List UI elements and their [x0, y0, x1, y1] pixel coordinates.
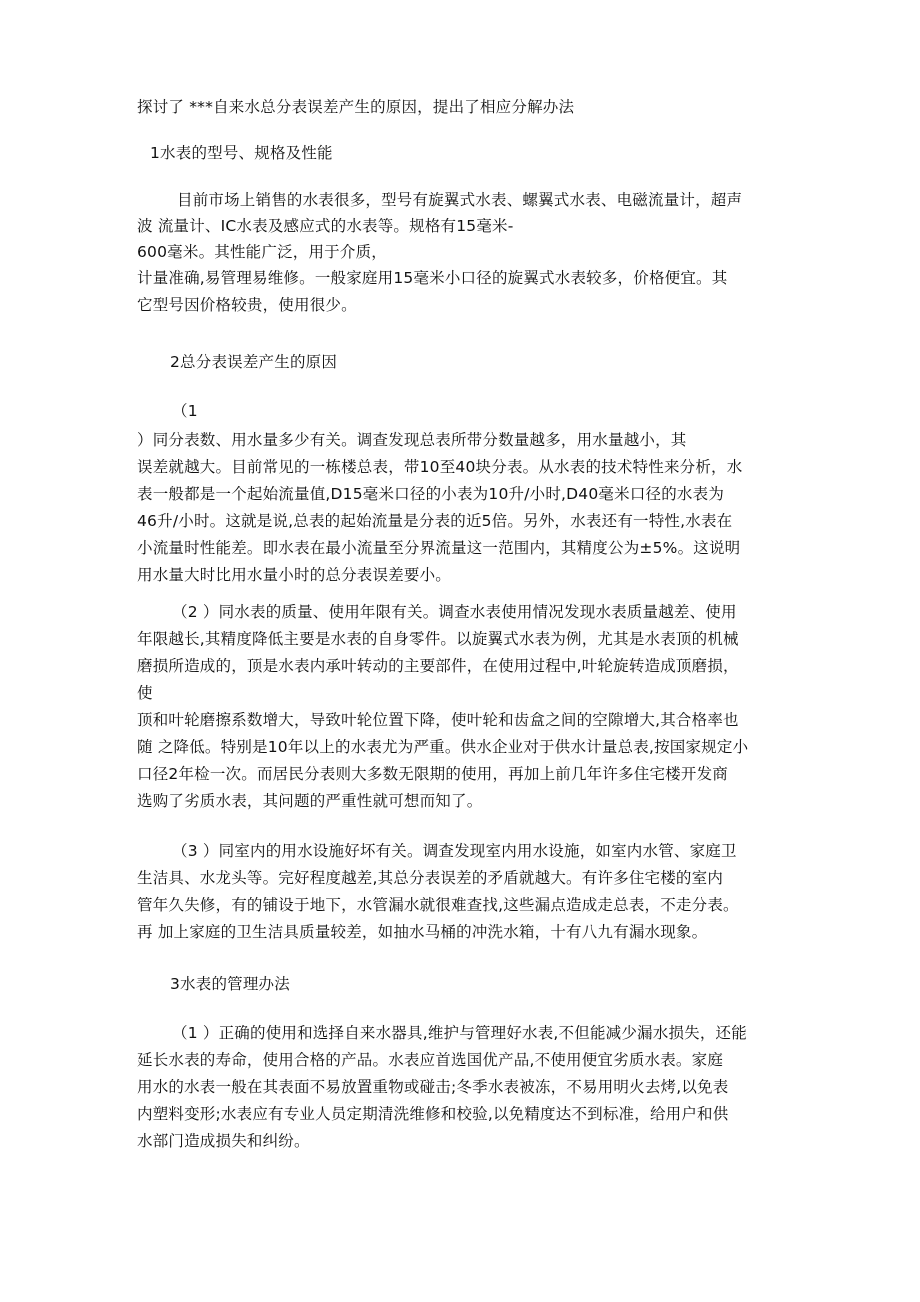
paragraph-line: 生洁具、水龙头等。完好程度越差,其总分表误差的矛盾就越大。有许多住宅楼的室内: [137, 868, 723, 888]
paragraph-line: 使: [137, 683, 153, 703]
paragraph-line: （3 ）同室内的用水设施好坏有关。调查发现室内用水设施，如室内水管、家庭卫: [172, 841, 737, 861]
paragraph-line: 顶和叶轮磨擦系数增大，导致叶轮位置下降，使叶轮和齿盒之间的空隙增大,其合格率也: [137, 710, 739, 730]
section-3-heading: 3水表的管理办法: [170, 974, 290, 994]
paragraph-line: 磨损所造成的，顶是水表内承叶转动的主要部件，在使用过程中,叶轮旋转造成顶磨损，: [137, 656, 739, 676]
paragraph-line: 用水的水表一般在其表面不易放置重物或碰击;冬季水表被冻，不易用明火去烤,以免表: [137, 1077, 728, 1097]
paragraph-line: （1: [172, 401, 198, 421]
paragraph-line: 内塑料变形;水表应有专业人员定期清洗维修和校验,以免精度达不到标准，给用户和供: [137, 1104, 728, 1124]
intro-line: 探讨了 ***自来水总分表误差产生的原因，提出了相应分解办法: [137, 97, 574, 117]
paragraph-line: 选购了劣质水表，其问题的严重性就可想而知了。: [137, 791, 482, 811]
paragraph-line: 用水量大时比用水量小时的总分表误差要小。: [137, 565, 451, 585]
paragraph-line: （1 ）正确的使用和选择自来水器具,维护与管理好水表,不但能减少漏水损失，还能: [172, 1023, 747, 1043]
paragraph-line: 随 之降低。特别是10年以上的水表尤为严重。供水企业对于供水计量总表,按国家规定…: [137, 737, 748, 757]
paragraph-line: 它型号因价格较贵，使用很少。: [137, 295, 357, 315]
paragraph-line: 误差就越大。目前常见的一栋楼总表，带10至40块分表。从水表的技术特性来分析，水: [137, 457, 742, 477]
paragraph-line: 再 加上家庭的卫生洁具质量较差，如抽水马桶的冲洗水箱，十有八九有漏水现象。: [137, 922, 707, 942]
paragraph-line: 小流量时性能差。即水表在最小流量至分界流量这一范围内，其精度公为±5%。这说明: [137, 538, 740, 558]
paragraph-line: ）同分表数、用水量多少有关。调查发现总表所带分数量越多，用水量越小，其: [137, 430, 687, 450]
section-1-heading: 1水表的型号、规格及性能: [150, 143, 333, 163]
paragraph-line: 表一般都是一个起始流量值,D15毫米口径的小表为10升/小时,D40毫米口径的水…: [137, 484, 724, 504]
paragraph-line: 年限越长,其精度降低主要是水表的自身零件。以旋翼式水表为例，尤其是水表顶的机械: [137, 629, 739, 649]
section-2-heading: 2总分表误差产生的原因: [170, 352, 337, 372]
paragraph-line: 延长水表的寿命，使用合格的产品。水表应首选国优产品,不使用便宜劣质水表。家庭: [137, 1050, 723, 1070]
paragraph-line: 46升/小时。这就是说,总表的起始流量是分表的近5倍。另外，水表还有一特性,水表…: [137, 511, 732, 531]
paragraph-line: 600毫米。其性能广泛，用于介质，: [137, 242, 387, 262]
paragraph-line: 管年久失修，有的铺设于地下，水管漏水就很难查找,这些漏点造成走总表，不走分表。: [137, 895, 739, 915]
paragraph-line: 口径2年检一次。而居民分表则大多数无限期的使用，再加上前几年许多住宅楼开发商: [137, 764, 728, 784]
paragraph-line: 计量准确,易管理易维修。一般家庭用15毫米小口径的旋翼式水表较多，价格便宜。其: [137, 268, 727, 288]
paragraph-line: 波 流量计、IC水表及感应式的水表等。规格有15毫米-: [137, 216, 514, 236]
paragraph-line: 水部门造成损失和纠纷。: [137, 1131, 310, 1151]
paragraph-line: 目前市场上销售的水表很多，型号有旋翼式水表、螺翼式水表、电磁流量计，超声: [177, 190, 742, 210]
paragraph-line: （2 ）同水表的质量、使用年限有关。调查水表使用情况发现水表质量越差、使用: [172, 602, 737, 622]
